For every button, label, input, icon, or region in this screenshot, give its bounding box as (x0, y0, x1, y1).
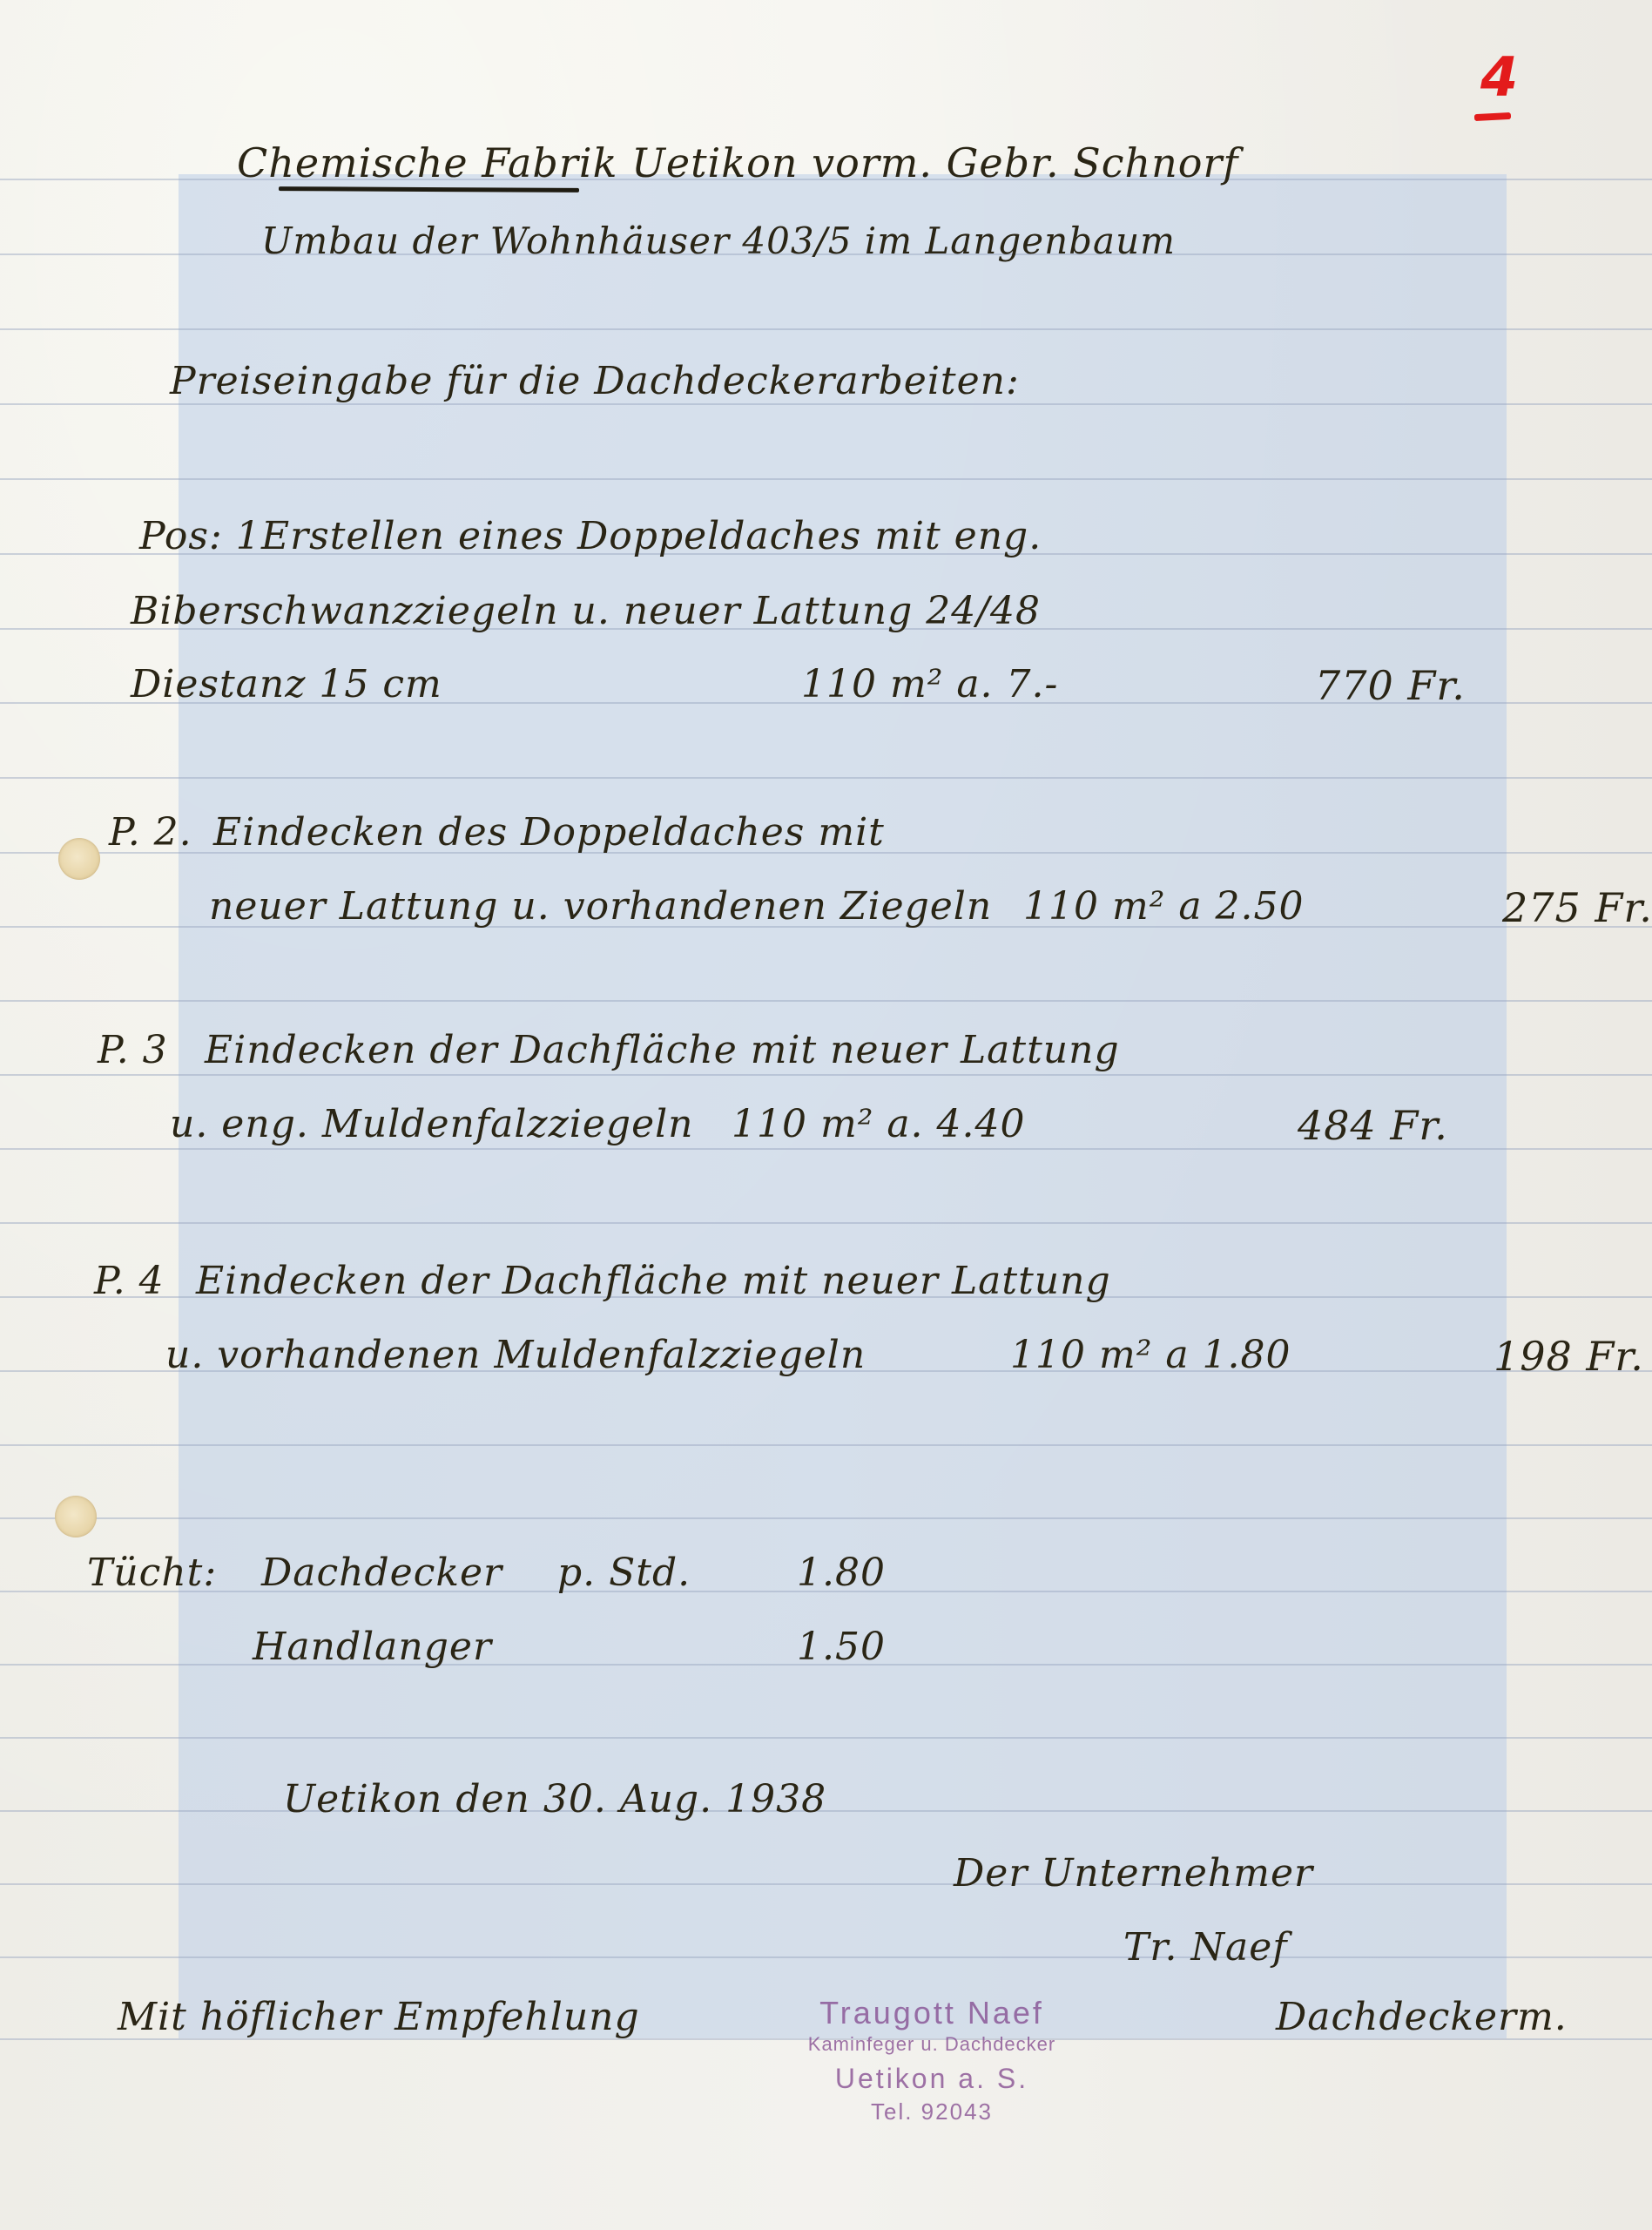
rate-value-handlanger: 1.50 (797, 1625, 886, 1669)
stamp-phone: Tel. 92043 (775, 2098, 1089, 2125)
position-4-line-2: u. vorhandenen Muldenfalzziegeln (165, 1333, 866, 1377)
position-3-line-2: u. eng. Muldenfalzziegeln (170, 1102, 694, 1146)
position-1-line-1: Erstellen eines Doppeldaches mit eng. (261, 514, 1042, 558)
position-3-amount: 484 Fr. (1298, 1102, 1448, 1149)
ruled-line (0, 328, 1652, 330)
company-heading: Chemische Fabrik Uetikon vorm. Gebr. Sch… (237, 139, 1238, 186)
ruled-line (0, 403, 1652, 405)
position-2-quantity: 110 m² a 2.50 (1023, 884, 1305, 929)
rubber-stamp: Traugott Naef Kaminfeger u. Dachdecker U… (775, 1995, 1089, 2125)
position-2-label: P. 2. (109, 810, 192, 855)
position-1-quantity: 110 m² a. 7.- (801, 662, 1058, 706)
position-1-line-3: Diestanz 15 cm (131, 662, 442, 706)
ruled-line (0, 1737, 1652, 1739)
stamp-name: Traugott Naef (775, 1995, 1089, 2031)
position-3-quantity: 110 m² a. 4.40 (732, 1102, 1026, 1146)
ruled-line (0, 1883, 1652, 1885)
position-1-line-2: Biberschwanzziegeln u. neuer Lattung 24/… (131, 589, 1041, 633)
punch-hole-lower (55, 1496, 97, 1537)
project-heading: Umbau der Wohnhäuser 403/5 im Langenbaum (261, 220, 1176, 262)
position-4-line-1: Eindecken der Dachfläche mit neuer Lattu… (196, 1259, 1111, 1303)
position-2-line-1: Eindecken des Doppeldaches mit (213, 810, 885, 855)
ruled-line (0, 478, 1652, 480)
signature-trade: Dachdeckerm. (1276, 1995, 1568, 2039)
position-1-amount: 770 Fr. (1315, 662, 1466, 709)
position-1-label: Pos: 1 (139, 514, 261, 558)
position-3-line-1: Eindecken der Dachfläche mit neuer Lattu… (205, 1028, 1120, 1072)
page-number: 4 (1480, 45, 1518, 109)
position-2-amount: 275 Fr. (1502, 884, 1652, 931)
ruled-line (0, 1000, 1652, 1002)
punch-hole-upper (58, 838, 100, 880)
ruled-line (0, 1444, 1652, 1446)
position-4-quantity: 110 m² a 1.80 (1010, 1333, 1291, 1377)
ruled-line (0, 1956, 1652, 1958)
position-3-label: P. 3 (98, 1028, 168, 1072)
place-date: Uetikon den 30. Aug. 1938 (283, 1777, 826, 1821)
closing-remark: Mit höflicher Empfehlung (118, 1995, 640, 2039)
signature-name: Tr. Naef (1123, 1925, 1288, 1970)
rate-value-dachdecker: 1.80 (797, 1551, 886, 1595)
stamp-place: Uetikon a. S. (775, 2063, 1089, 2095)
document-title: Preiseingabe für die Dachdeckerarbeiten: (170, 359, 1020, 403)
rate-role-dachdecker: Dachdecker (261, 1551, 502, 1595)
rate-unit: p. Std. (557, 1551, 691, 1595)
ruled-line (0, 1074, 1652, 1076)
hourly-rates-label: Tücht: (87, 1551, 217, 1595)
signature-title: Der Unternehmer (954, 1851, 1313, 1895)
rate-role-handlanger: Handlanger (253, 1625, 492, 1669)
position-4-amount: 198 Fr. (1494, 1333, 1644, 1380)
position-4-label: P. 4 (94, 1259, 165, 1303)
position-2-line-2: neuer Lattung u. vorhandenen Ziegeln (209, 884, 992, 929)
ruled-line (0, 777, 1652, 779)
ruled-line (0, 1517, 1652, 1519)
stamp-trade: Kaminfeger u. Dachdecker (775, 2033, 1089, 2056)
ruled-line (0, 1222, 1652, 1224)
